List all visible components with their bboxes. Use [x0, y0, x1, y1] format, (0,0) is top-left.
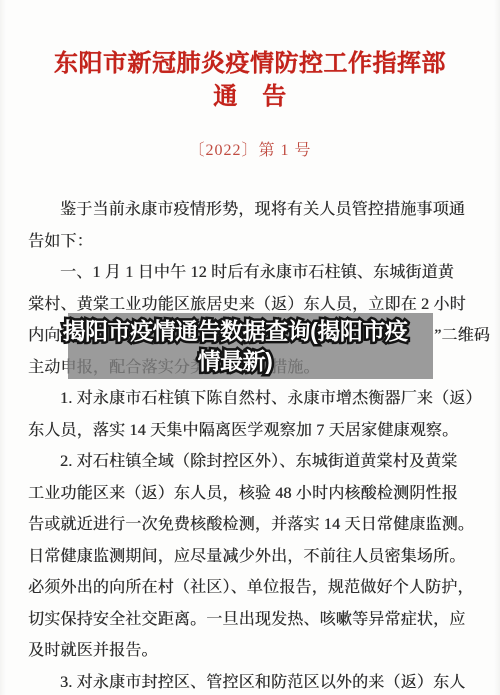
notice-title: 东阳市新冠肺炎疫情防控工作指挥部 通 告: [0, 48, 500, 114]
document-line: 3. 对永康市封控区、管控区和防范区以外的来（返）东人: [0, 672, 500, 695]
scanned-notice-page: 东阳市新冠肺炎疫情防控工作指挥部 通 告 〔2022〕第 1 号 鉴于当前永康市…: [0, 0, 500, 695]
document-line: 必须外出的向所在村（社区）、单位报告，规范做好个人防护，: [0, 577, 500, 609]
notice-doc-number: 〔2022〕第 1 号: [0, 137, 500, 160]
watermark-caption-line1: 揭阳市疫情通告数据查询(揭阳市疫: [25, 316, 445, 346]
watermark-caption: 揭阳市疫情通告数据查询(揭阳市疫 情最新): [25, 316, 445, 376]
document-line: 2. 对石柱镇全域（除封控区外）、东城街道黄棠村及黄棠: [0, 451, 500, 483]
document-line: 工业功能区来（返）东人员，核验 48 小时内核酸检测阴性报: [0, 483, 500, 515]
document-line: 日常健康监测期间，应尽量减少外出，不前往人员密集场所。: [0, 546, 500, 578]
document-line: 1. 对永康市石柱镇下陈自然村、永康市增杰衡器厂来（返）: [0, 388, 500, 420]
document-line: 告或就近进行一次免费核酸检测，并落实 14 天日常健康监测。: [0, 514, 500, 546]
document-line: 一、1 月 1 日中午 12 时后有永康市石柱镇、东城街道黄: [0, 262, 500, 294]
document-line: 及时就医并报告。: [0, 640, 500, 672]
document-body: 鉴于当前永康市疫情形势，现将有关人员管控措施事项通告如下：一、1 月 1 日中午…: [0, 199, 500, 695]
document-line: 鉴于当前永康市疫情形势，现将有关人员管控措施事项通: [0, 199, 500, 231]
document-line: 东人员，落实 14 天集中隔离医学观察加 7 天居家健康观察。: [0, 420, 500, 452]
notice-title-line2: 通 告: [0, 81, 500, 114]
watermark-caption-line2: 情最新): [25, 346, 445, 376]
notice-title-line1: 东阳市新冠肺炎疫情防控工作指挥部: [0, 48, 500, 81]
document-line: 切实保持安全社交距离。一旦出现发热、咳嗽等异常症状，应: [0, 609, 500, 641]
document-line: 告如下：: [0, 231, 500, 263]
